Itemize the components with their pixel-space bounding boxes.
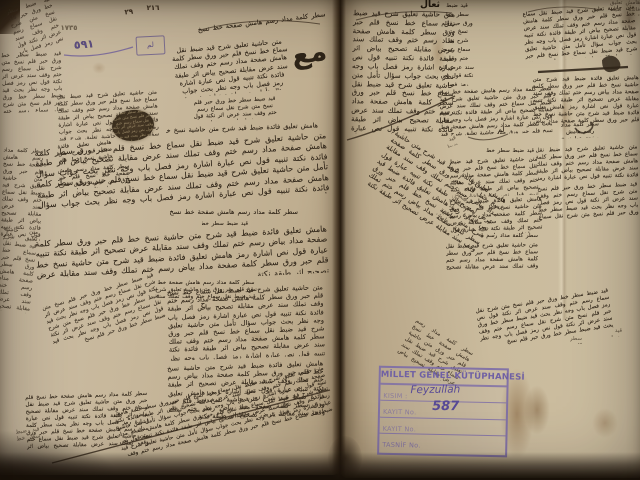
manuscript-photo: قيد ضبط سطر خط ورق حبر قلم نسخ متن شرح ن… — [0, 0, 640, 480]
stamp-label-tasnif: TASNİF No. — [379, 437, 421, 454]
library-stamp: MİLLET GENEL KÜTÜPHANESİ KISIM : Feyzull… — [377, 366, 509, 458]
stacked-word-column: قيد ضبط سطر خط ورق حبر قلم نسخ متن شرح ن… — [440, 2, 474, 86]
edge-marks: هامش تعليق فائدة ضبط قيد شرح متن حاشية ن… — [610, 0, 640, 16]
folio-number: ٢١٦ — [140, 4, 166, 16]
gloss-column: متن حاشية تعليق شرح قيد ضبط نقل سماع خط … — [167, 283, 325, 360]
number-1735: ١٧٣٥ — [52, 24, 86, 36]
note-block: متن حاشية تعليق شرح قيد ضبط نقل سماع خط … — [446, 242, 538, 271]
number-591: ٥٩١ — [68, 37, 101, 53]
stamp-handwritten-collection: Feyzullah — [410, 382, 460, 398]
taper-lines: سطر كلمة مداد رسم هامش صفحة خط نسخ قلم ح… — [558, 121, 603, 139]
note-block: قيد ضبط سطر خط ورق حبر قلم نسخ متن شرح ن… — [537, 181, 639, 220]
note-block: متن حاشية تعليق شرح قيد ضبط نقل سماع خط … — [535, 144, 638, 182]
stamp-row-tasnif: TASNİF No. — [379, 434, 505, 453]
page-number-secondary: ٢٩ — [119, 7, 140, 21]
flourish-word: لم — [492, 126, 510, 138]
centered-word-divider: سطر كلمة مداد رسم هامش صفحة خط نسخ قلم ح… — [482, 233, 538, 242]
table-surface — [0, 452, 640, 480]
purple-annotation-box: لم — [136, 35, 166, 55]
centered-word-divider: قيد ضبط سطر خط ورق حبر قلم نسخ متن شرح ن… — [486, 148, 534, 157]
note-block: هامش تعليق فائدة ضبط قيد شرح متن حاشية ن… — [449, 196, 542, 235]
large-calligraphy-word: مع — [287, 37, 332, 81]
section-heading: سطر كلمة مداد رسم هامش صفحة خط نسخ قلم ح… — [166, 208, 298, 219]
margin-note: قيد ضبط سطر خط ورق حبر قلم نسخ متن شرح ن… — [1, 51, 63, 113]
note-block: متن حاشية تعليق شرح قيد ضبط نقل سماع خط … — [449, 156, 538, 197]
tiny-marks: قيد ضبط سطر خط ورق حبر قلم نسخ متن شرح ن… — [604, 328, 622, 337]
title-block: متن حاشية تعليق شرح قيد ضبط نقل سماع خط … — [170, 37, 292, 99]
tiny-marks: سطر كلمة مداد رسم هامش صفحة خط نسخ قلم ح… — [570, 336, 582, 344]
title-tail-lines: قيد ضبط سطر خط ورق حبر قلم نسخ متن شرح ن… — [191, 96, 278, 122]
stamp-handwritten-number: 587 — [432, 399, 459, 415]
